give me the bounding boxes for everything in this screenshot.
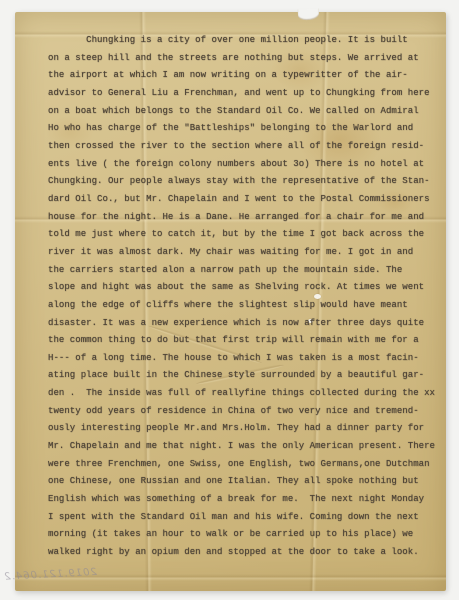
letter-line: Ho who has charge of the "Battleships" b… bbox=[48, 120, 440, 138]
letter-line: one Chinese, one Russian and one Italian… bbox=[48, 473, 440, 491]
letter-line: dard Oil Co., but Mr. Chapelain and I we… bbox=[48, 191, 440, 209]
letter-line: H--- of a long time. The house to which … bbox=[48, 350, 440, 368]
letter-line: the common thing to do but that first tr… bbox=[48, 332, 440, 350]
letter-line: ents live ( the foreign colony numbers a… bbox=[48, 156, 440, 174]
letter-line: house for the night. He is a Dane. He ar… bbox=[48, 209, 440, 227]
letter-line: told me just where to catch it, but by t… bbox=[48, 226, 440, 244]
letter-line: twenty odd years of residence in China o… bbox=[48, 403, 440, 421]
letter-line: walked right by an opium den and stopped… bbox=[48, 544, 440, 562]
letter-line: Chungking. Our people always stay with t… bbox=[48, 173, 440, 191]
letter-line: slope and hight was about the same as Sh… bbox=[48, 279, 440, 297]
letter-line: ously interesting people Mr.and Mrs.Holm… bbox=[48, 420, 440, 438]
letter-line: the airport at which I am now writing on… bbox=[48, 67, 440, 85]
letter-line: were three Frenchmen, one Swiss, one Eng… bbox=[48, 456, 440, 474]
letter-line: Chungking is a city of over one million … bbox=[48, 32, 440, 50]
letter-line: English which was something of a break f… bbox=[48, 491, 440, 509]
letter-line: I spent with the Standard Oil man and hi… bbox=[48, 509, 440, 527]
letter-line: morning (it takes an hour to walk or be … bbox=[48, 526, 440, 544]
letter-line: then crossed the river to the section wh… bbox=[48, 138, 440, 156]
letter-line: river it was almost dark. My chair was w… bbox=[48, 244, 440, 262]
letter-line: the carriers started alon a narrow path … bbox=[48, 262, 440, 280]
accession-number-mirrored: 2019.121.064.2 bbox=[3, 567, 97, 583]
letter-line: Mr. Chapelain and me that night. I was t… bbox=[48, 438, 440, 456]
letter-line: on a steep hill and the streets are noth… bbox=[48, 50, 440, 68]
letter-line: along the edge of cliffs where the sligh… bbox=[48, 297, 440, 315]
letter-text: Chungking is a city of over one million … bbox=[48, 32, 440, 562]
letter-line: den . The inside was full of reallyfine … bbox=[48, 385, 440, 403]
letter-paper: Chungking is a city of over one million … bbox=[15, 12, 446, 591]
letter-line: ating place built in the Chinese style s… bbox=[48, 367, 440, 385]
scan-background: Chungking is a city of over one million … bbox=[0, 0, 459, 600]
torn-edge-notch bbox=[298, 8, 320, 20]
letter-line: on a boat which belongs to the Standard … bbox=[48, 103, 440, 121]
letter-line: advisor to General Liu a Frenchman, and … bbox=[48, 85, 440, 103]
letter-line: disaster. It was a new experience which … bbox=[48, 315, 440, 333]
